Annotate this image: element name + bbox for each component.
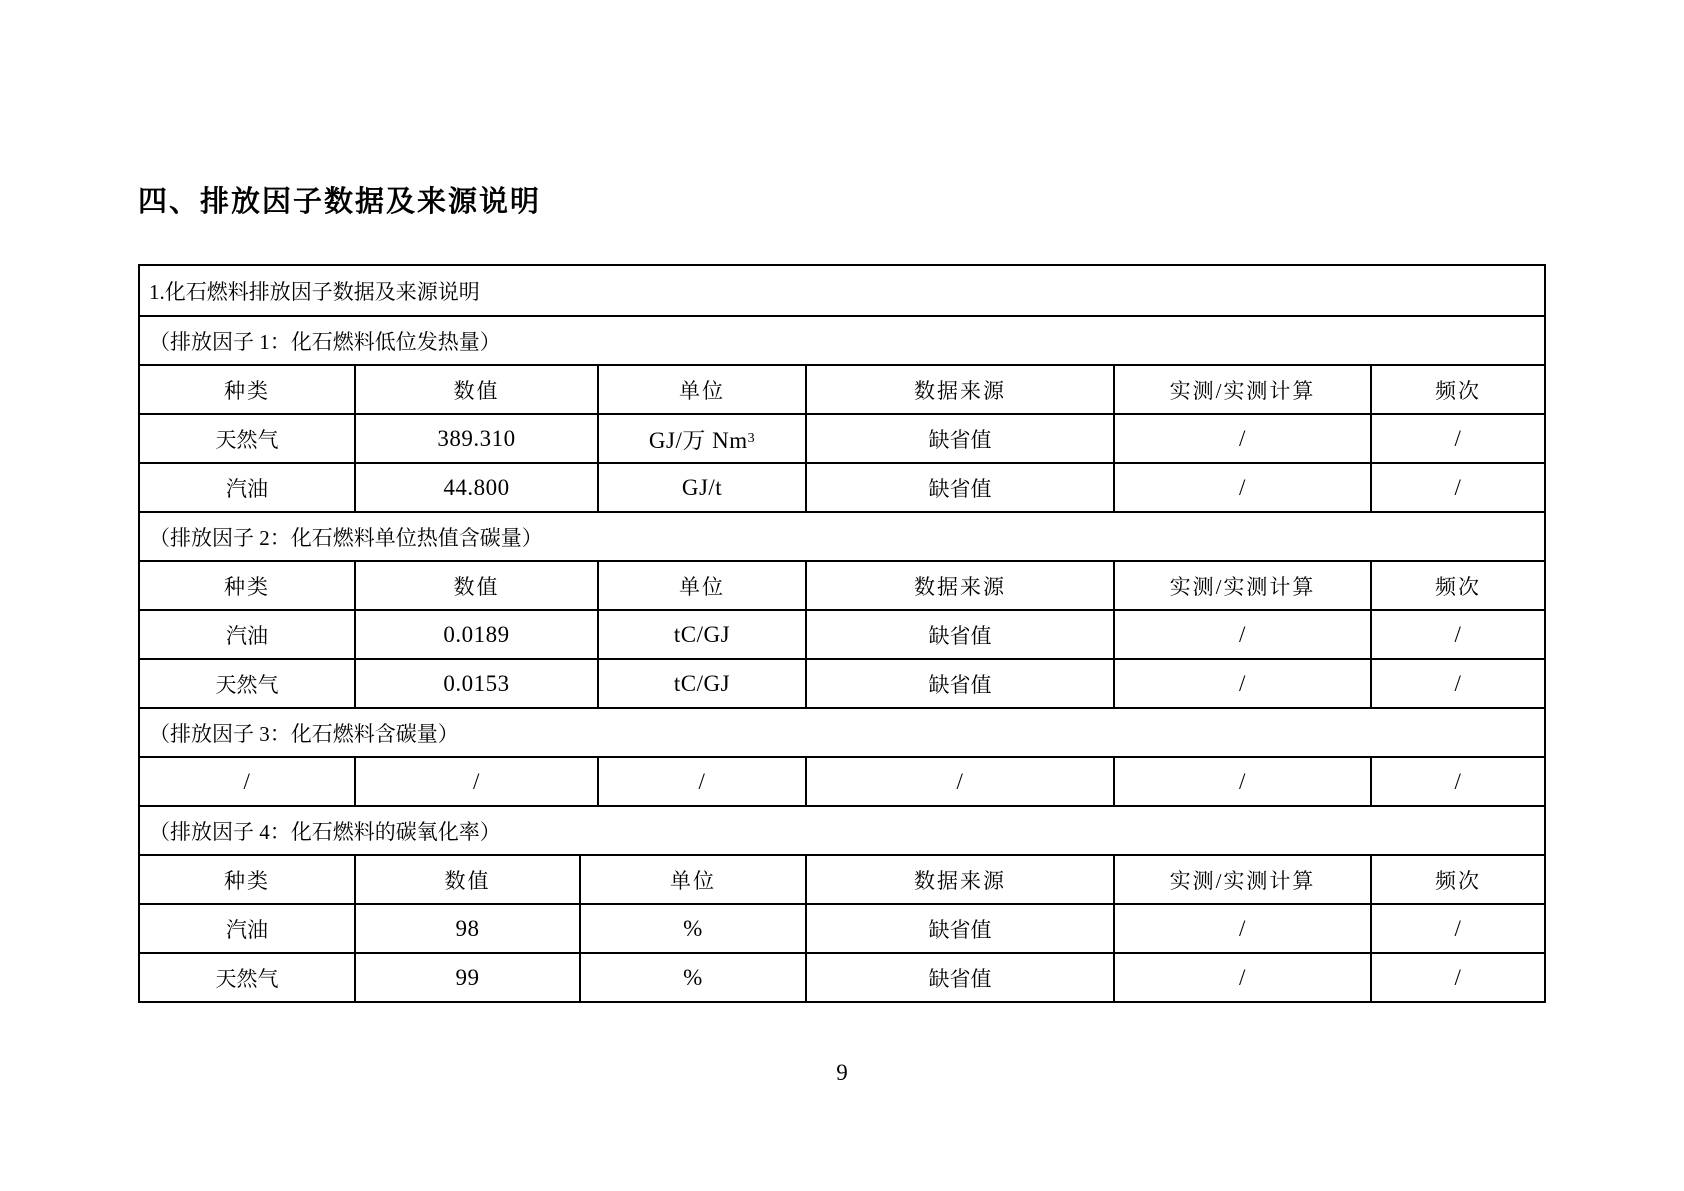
cell-value: 389.310 — [354, 413, 597, 462]
cell-measured: / — [1113, 756, 1370, 805]
cell-unit: GJ/t — [597, 462, 805, 511]
cell-kind: 汽油 — [140, 609, 354, 658]
cell-value: 0.0189 — [354, 609, 597, 658]
factor1-caption: （排放因子 1：化石燃料低位发热量） — [140, 315, 1544, 364]
column-header-unit: 单位 — [597, 560, 805, 609]
cell-frequency: / — [1370, 658, 1544, 707]
column-header-source: 数据来源 — [805, 854, 1113, 903]
cell-measured: / — [1113, 462, 1370, 511]
unit-text: GJ/t — [682, 475, 722, 501]
cell-unit: % — [579, 903, 805, 952]
column-header-source: 数据来源 — [805, 364, 1113, 413]
column-header-frequency: 频次 — [1370, 364, 1544, 413]
cell-kind: 汽油 — [140, 462, 354, 511]
factor4-caption: （排放因子 4：化石燃料的碳氧化率） — [140, 805, 1544, 854]
column-header-unit: 单位 — [597, 364, 805, 413]
column-header-frequency: 频次 — [1370, 560, 1544, 609]
cell-kind: 天然气 — [140, 413, 354, 462]
cell-kind: 天然气 — [140, 952, 354, 1001]
cell-kind: 汽油 — [140, 903, 354, 952]
unit-text: tC/GJ — [674, 671, 730, 697]
cell-measured: / — [1113, 658, 1370, 707]
factor-grid-main: 1.化石燃料排放因子数据及来源说明 （排放因子 1：化石燃料低位发热量） 种类 … — [140, 266, 1544, 805]
emission-factor-table: 1.化石燃料排放因子数据及来源说明 （排放因子 1：化石燃料低位发热量） 种类 … — [138, 264, 1546, 1003]
cell-frequency: / — [1370, 952, 1544, 1001]
cell-unit: GJ/万 Nm3 — [597, 413, 805, 462]
cell-unit: % — [579, 952, 805, 1001]
cell-source: 缺省值 — [805, 462, 1113, 511]
column-header-measured: 实测/实测计算 — [1113, 854, 1370, 903]
cell-source: 缺省值 — [805, 413, 1113, 462]
unit-text: % — [683, 916, 703, 942]
cell-value: 44.800 — [354, 462, 597, 511]
cell-frequency: / — [1370, 609, 1544, 658]
cell-kind: 天然气 — [140, 658, 354, 707]
cell-frequency: / — [1370, 462, 1544, 511]
unit-text: tC/GJ — [674, 622, 730, 648]
section-title: 1.化石燃料排放因子数据及来源说明 — [140, 266, 1544, 315]
column-header-kind: 种类 — [140, 364, 354, 413]
unit-text: GJ/万 Nm — [649, 422, 748, 455]
cell-source: 缺省值 — [805, 658, 1113, 707]
cell-source: 缺省值 — [805, 952, 1113, 1001]
cell-source: 缺省值 — [805, 903, 1113, 952]
page-number: 9 — [0, 1060, 1684, 1086]
column-header-frequency: 频次 — [1370, 854, 1544, 903]
cell-measured: / — [1113, 609, 1370, 658]
column-header-measured: 实测/实测计算 — [1113, 364, 1370, 413]
column-header-value: 数值 — [354, 854, 579, 903]
cell-measured: / — [1113, 413, 1370, 462]
factor3-caption: （排放因子 3：化石燃料含碳量） — [140, 707, 1544, 756]
column-header-value: 数值 — [354, 560, 597, 609]
factor-grid-factor4: （排放因子 4：化石燃料的碳氧化率） 种类 数值 单位 数据来源 实测/实测计算… — [140, 805, 1544, 1001]
cell-frequency: / — [1370, 903, 1544, 952]
column-header-kind: 种类 — [140, 854, 354, 903]
cell-value: 99 — [354, 952, 579, 1001]
page-title: 四、排放因子数据及来源说明 — [138, 179, 541, 220]
column-header-kind: 种类 — [140, 560, 354, 609]
column-header-measured: 实测/实测计算 — [1113, 560, 1370, 609]
cell-value: 0.0153 — [354, 658, 597, 707]
cell-measured: / — [1113, 903, 1370, 952]
cell-frequency: / — [1370, 756, 1544, 805]
cell-kind: / — [140, 756, 354, 805]
cell-value: 98 — [354, 903, 579, 952]
cell-frequency: / — [1370, 413, 1544, 462]
cell-measured: / — [1113, 952, 1370, 1001]
cell-unit: tC/GJ — [597, 609, 805, 658]
unit-text: % — [683, 965, 703, 991]
column-header-value: 数值 — [354, 364, 597, 413]
column-header-source: 数据来源 — [805, 560, 1113, 609]
column-header-unit: 单位 — [579, 854, 805, 903]
cell-unit: / — [597, 756, 805, 805]
factor2-caption: （排放因子 2：化石燃料单位热值含碳量） — [140, 511, 1544, 560]
cell-source: 缺省值 — [805, 609, 1113, 658]
cell-source: / — [805, 756, 1113, 805]
cell-value: / — [354, 756, 597, 805]
cell-unit: tC/GJ — [597, 658, 805, 707]
